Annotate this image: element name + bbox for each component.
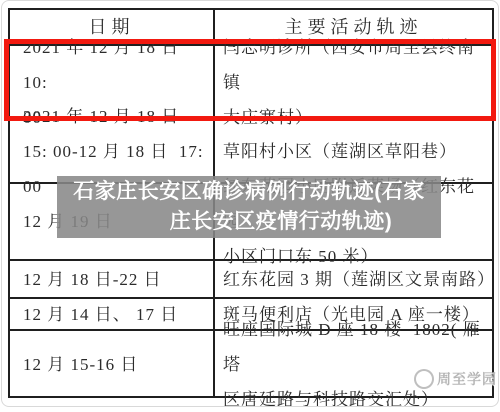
table-row: 12 月 15-16 日 旺座国际城 D 座 18 楼 1802( 雁塔 区唐延… xyxy=(10,329,492,397)
date-cell: 12 月 14 日、 17 日 xyxy=(10,299,213,329)
track-cell: 闫志明诊所（西安市周至县终南镇 大庄寨村） xyxy=(213,46,492,118)
date-cell: 2021 年 12 月 18 日 15: 00-12 月 18 日 17: 00 xyxy=(10,120,213,182)
overlay-caption-line2: 庄长安区疫情行动轨迹) xyxy=(57,207,441,237)
track-cell: 旺座国际城 D 座 18 楼 1802( 雁塔 区唐延路与科技路交汇处） xyxy=(213,331,492,397)
date-cell: 12 月 15-16 日 xyxy=(10,331,213,397)
track-cell: 红东花园 3 期（莲湖区文景南路） xyxy=(213,261,492,297)
overlay-caption-line1: 石家庄长安区确诊病例行动轨迹(石家 xyxy=(57,177,441,207)
table-row: 12 月 18 日-22 日 红东花园 3 期（莲湖区文景南路） xyxy=(10,259,492,297)
overlay-caption: 石家庄长安区确诊病例行动轨迹(石家 庄长安区疫情行动轨迹) xyxy=(57,176,441,238)
date-cell: 12 月 18 日-22 日 xyxy=(10,261,213,297)
